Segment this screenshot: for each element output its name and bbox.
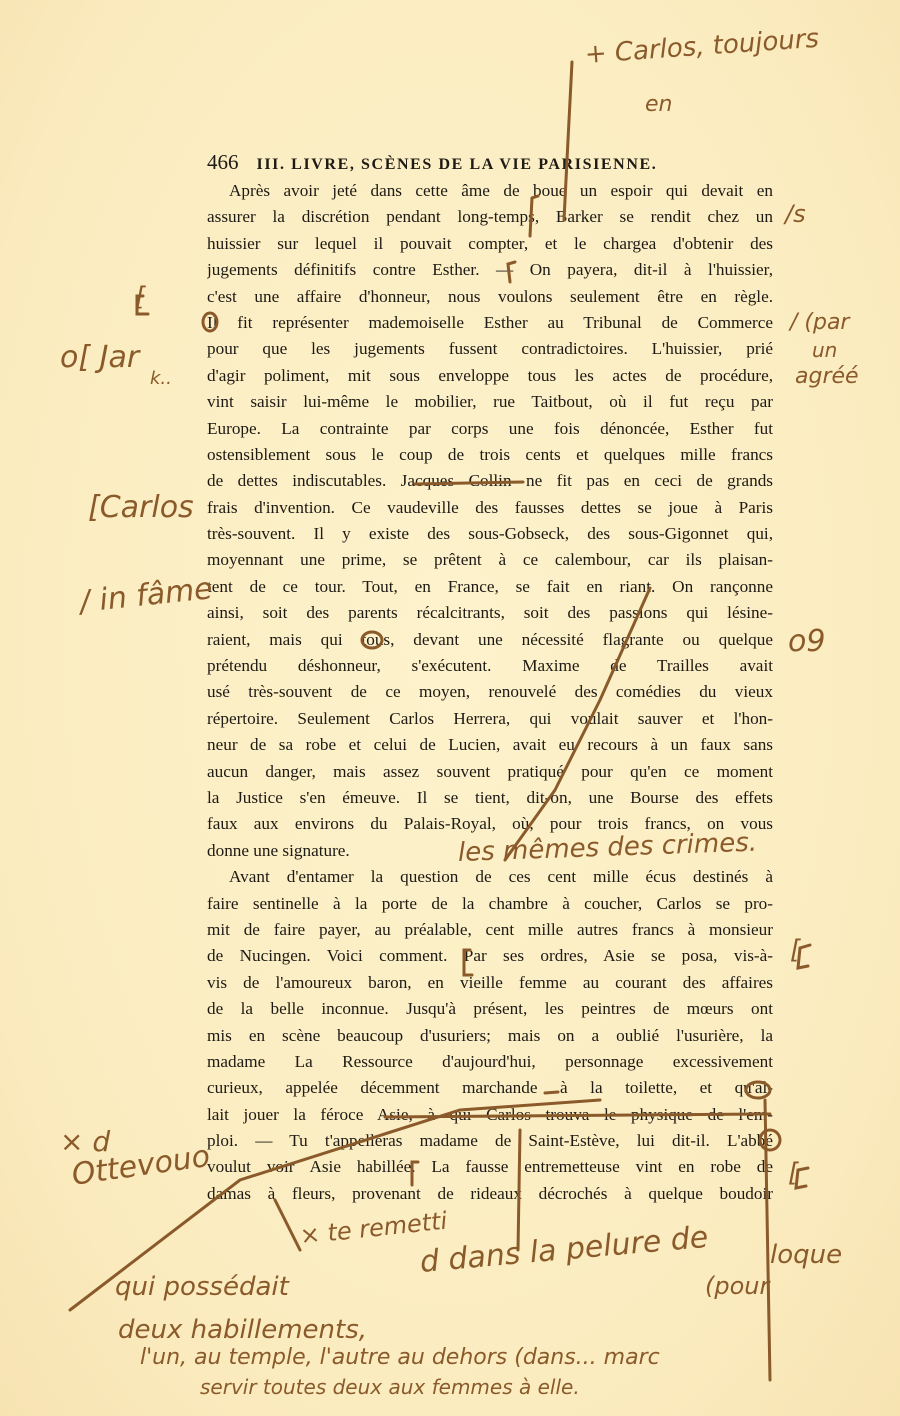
running-head: 466 III. LIVRE, SCÈNES DE LA VIE PARISIE… [207, 150, 773, 175]
text-line: ainsi, soit des parents récalcitrants, s… [207, 600, 773, 626]
text-line: damas à fleurs, provenant de rideaux déc… [207, 1181, 773, 1207]
text-line: faire sentinelle à la porte de la chambr… [207, 891, 773, 917]
annotation-left-bracket: [ [135, 282, 145, 312]
annotation-right-tous: o9 [788, 624, 825, 659]
annotation-bottom-8: servir toutes deux aux femmes à elle. [200, 1375, 580, 1399]
manuscript-page: 466 III. LIVRE, SCÈNES DE LA VIE PARISIE… [0, 0, 900, 1416]
page-number: 466 [207, 150, 239, 175]
annotation-right-bracket-b: [ [788, 1158, 798, 1188]
text-line: neur de sa robe et celui de Lucien, avai… [207, 732, 773, 758]
text-line: tent de ce tour. Tout, en France, se fai… [207, 574, 773, 600]
text-line: ostensiblement sous le coup de trois cen… [207, 442, 773, 468]
text-line: madame La Ressource d'aujourd'hui, perso… [207, 1049, 773, 1075]
annotation-right-commerce-2: un [812, 338, 837, 362]
annotation-bottom-4: loque [770, 1240, 842, 1270]
annotation-left-1: o[ Jar [60, 340, 139, 375]
text-line: mis en scène beaucoup d'usuriers; mais o… [207, 1023, 773, 1049]
annotation-right-commerce-3: agréé [795, 364, 859, 389]
text-line: vint saisir lui-même le mobilier, rue Ta… [207, 389, 773, 415]
text-line: frais d'invention. Ce vaudeville des fau… [207, 495, 773, 521]
text-line: prétendu déshonneur, s'exécutent. Maxime… [207, 653, 773, 679]
text-line: Avant d'entamer la question de ces cent … [207, 864, 773, 890]
annotation-left-infame: / in fâme [78, 571, 214, 620]
text-line: de la belle inconnue. Jusqu'à présent, l… [207, 996, 773, 1022]
annotation-bottom-7: l'un, au temple, l'autre au dehors (dans… [140, 1345, 660, 1370]
text-line: très-souvent. Il y existe des sous-Gobse… [207, 521, 773, 547]
text-line: pour que les jugements fussent contradic… [207, 336, 773, 362]
text-line: Il fit représenter mademoiselle Esther a… [207, 310, 773, 336]
running-title: III. LIVRE, SCÈNES DE LA VIE PARISIENNE. [257, 156, 658, 174]
text-line: de dettes indiscutables. Jacques Collin … [207, 468, 773, 494]
vertical-stroke-2 [275, 1200, 300, 1250]
annotation-right-bracket-a: [ [790, 935, 800, 965]
annotation-bottom-6: deux habillements, [118, 1315, 367, 1345]
annotation-right-commerce: / (par [790, 310, 849, 335]
text-line: lait jouer la féroce Asie, à qui Carlos … [207, 1102, 773, 1128]
annotation-barker: /s [785, 200, 806, 228]
text-line: d'agir poliment, mit sous enveloppe tous… [207, 363, 773, 389]
text-line: Après avoir jeté dans cette âme de boue … [207, 178, 773, 204]
text-line: mit de faire payer, au préalable, cent m… [207, 917, 773, 943]
text-line: moyennant une prime, se prêtent à ce cal… [207, 547, 773, 573]
text-line: aucun danger, mais assez souvent pratiqu… [207, 759, 773, 785]
text-line: voulut voir Asie habillée. La fausse ent… [207, 1154, 773, 1180]
annotation-bottom-5: (pour [705, 1272, 769, 1300]
text-line: de Nucingen. Voici comment. Par ses ordr… [207, 943, 773, 969]
text-line: la Justice s'en émeuve. Il se tient, dit… [207, 785, 773, 811]
annotation-left-carlos: [Carlos [88, 490, 194, 525]
text-line: curieux, appelée décemment marchande à l… [207, 1075, 773, 1101]
annotation-bottom-2: qui possédait [115, 1272, 289, 1302]
annotation-top-right: + Carlos, toujours [584, 24, 820, 70]
text-line: Europe. La contrainte par corps une fois… [207, 416, 773, 442]
text-line: vis de l'amoureux baron, en vieille femm… [207, 970, 773, 996]
text-line: raient, mais qui tous, devant une nécess… [207, 627, 773, 653]
text-line: jugements définitifs contre Esther. — On… [207, 257, 773, 283]
text-line: huissier sur lequel il pouvait compter, … [207, 231, 773, 257]
text-line: répertoire. Seulement Carlos Herrera, qu… [207, 706, 773, 732]
annotation-left-1b: k.. [150, 368, 172, 389]
printed-body: Après avoir jeté dans cette âme de boue … [207, 178, 773, 1207]
annotation-top-right-2: en [645, 92, 672, 117]
annotation-bottom-3: d dans la pelure de [418, 1220, 709, 1280]
text-line: usé très-souvent de ce moyen, renouvelé … [207, 679, 773, 705]
text-line: assurer la discrétion pendant long-temps… [207, 204, 773, 230]
text-line: ploi. — Tu t'appelleras madame de Saint-… [207, 1128, 773, 1154]
text-line: c'est une affaire d'honneur, nous voulon… [207, 284, 773, 310]
